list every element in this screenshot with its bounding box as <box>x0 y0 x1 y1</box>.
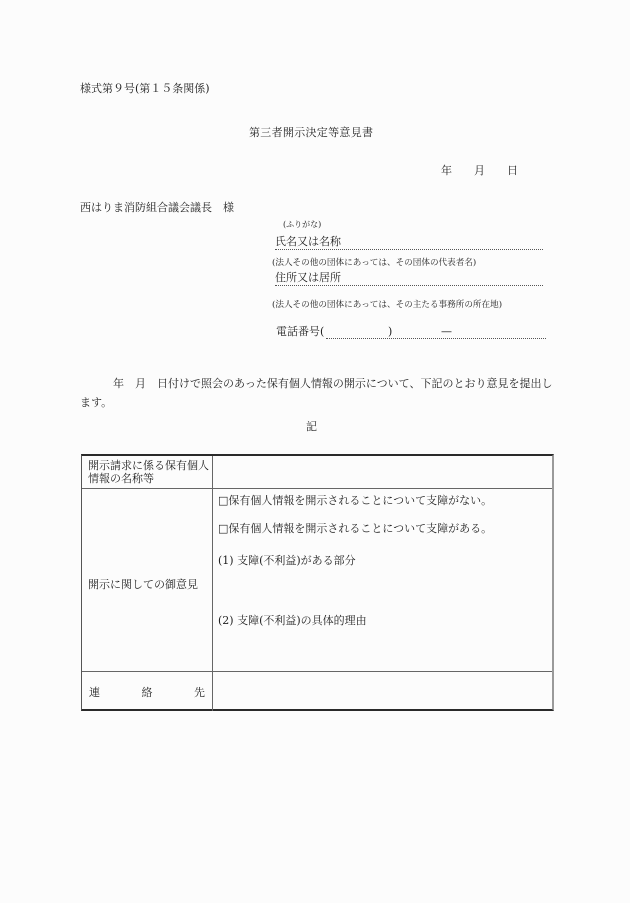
date-year-label: 年 <box>441 162 452 178</box>
phone-dash: — <box>441 325 452 339</box>
table-row-contact: 連 絡 先 <box>82 672 552 711</box>
table-label-cell: 連 絡 先 <box>82 672 213 711</box>
contact-input[interactable] <box>213 672 552 711</box>
opinion-label: 開示に関しての御意見 <box>88 576 198 592</box>
date-month-label: 月 <box>474 162 485 178</box>
objection-reason-label: (2) 支障(不利益)の具体的理由 <box>218 612 367 628</box>
table-row-opinion: 開示に関しての御意見 □保有個人情報を開示されることについて支障がない。 □保有… <box>82 489 552 672</box>
address-field[interactable]: 住所又は居所 <box>275 271 543 286</box>
objection-part-label: (1) 支障(不利益)がある部分 <box>218 552 356 568</box>
contact-label-char-1: 連 <box>89 684 100 700</box>
table-label-cell: 開示に関しての御意見 <box>82 489 213 671</box>
option-no-objection[interactable]: □保有個人情報を開示されることについて支障がない。 <box>218 492 492 508</box>
address-note: (法人その他の団体にあっては、その主たる事務所の所在地) <box>272 298 502 310</box>
opinion-input-area[interactable]: □保有個人情報を開示されることについて支障がない。 □保有個人情報を開示されるこ… <box>213 489 552 671</box>
phone-underline <box>326 338 546 339</box>
contact-label-char-3: 先 <box>194 684 205 700</box>
body-paragraph: 年 月 日付けで照会のあった保有個人情報の開示について、下記のとおり意見を提出し… <box>80 374 560 412</box>
table-label-cell: 開示請求に係る保有個人情報の名称等 <box>82 456 213 488</box>
document-title: 第三者開示決定等意見書 <box>249 124 373 140</box>
info-name-label: 開示請求に係る保有個人情報の名称等 <box>88 459 210 485</box>
phone-close-paren: ) <box>388 325 392 339</box>
option-objection[interactable]: □保有個人情報を開示されることについて支障がある。 <box>218 520 492 536</box>
date-line: 年月日 <box>441 162 518 178</box>
ki-label: 記 <box>306 418 317 434</box>
opinion-table: 開示請求に係る保有個人情報の名称等 開示に関しての御意見 □保有個人情報を開示さ… <box>81 454 554 711</box>
info-name-input[interactable] <box>213 456 552 488</box>
name-field-label: 氏名又は名称 <box>275 235 341 248</box>
date-day-label: 日 <box>507 162 518 178</box>
phone-field-label: 電話番号( <box>276 325 324 339</box>
phone-field[interactable]: 電話番号( ) — <box>276 325 546 339</box>
furigana-label: (ふりがな) <box>283 219 321 230</box>
name-note: (法人その他の団体にあっては、その団体の代表者名) <box>272 256 476 268</box>
body-text: 年 月 日付けで照会のあった保有個人情報の開示について、下記のとおり意見を提出し… <box>80 377 552 409</box>
table-row-info-name: 開示請求に係る保有個人情報の名称等 <box>82 456 552 489</box>
contact-label-char-2: 絡 <box>142 684 153 700</box>
form-number: 様式第９号(第１５条関係) <box>80 80 210 96</box>
name-field[interactable]: 氏名又は名称 <box>275 235 543 250</box>
address-field-label: 住所又は居所 <box>275 271 341 284</box>
addressee: 西はりま消防組合議会議長 様 <box>80 199 234 215</box>
